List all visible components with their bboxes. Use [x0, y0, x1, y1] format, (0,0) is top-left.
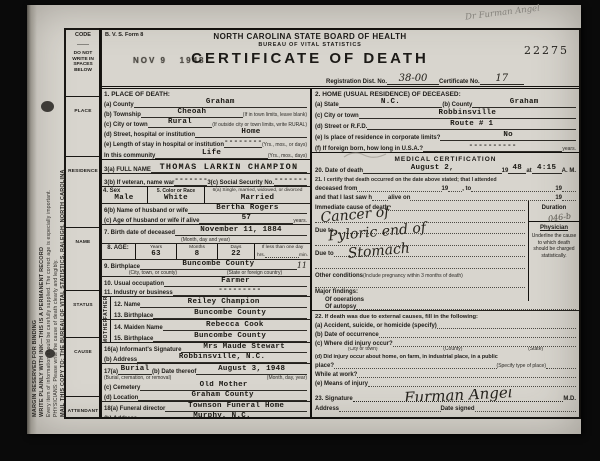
field-value: Buncombe County	[182, 260, 254, 268]
margin-line: MARGIN RESERVED FOR BINDING	[32, 29, 38, 417]
header-titles: NORTH CAROLINA STATE BOARD OF HEALTH BUR…	[101, 32, 519, 67]
residence-state-county-row: (a) State N.C. (b) County Graham	[312, 98, 579, 108]
margin-line: WRITE PLAINLY WITH INK—THIS IS A PERMANE…	[39, 29, 45, 417]
field-value: Buncombe County	[194, 332, 266, 340]
physician-signature-row: 23. Signature Furman Angel M.D.	[312, 387, 579, 402]
field-value: --------	[274, 176, 307, 184]
blank-line	[315, 279, 525, 288]
bureau-name: BUREAU OF VITAL STATISTICS	[101, 42, 519, 48]
field-value: 63	[151, 250, 161, 258]
field-value: Burial	[121, 365, 150, 373]
blank-line	[265, 257, 299, 258]
pencil-scratch	[342, 149, 388, 161]
sex-race-marital-row: 4. Sex Male 5. Color or Race White 6(a) …	[101, 187, 310, 204]
section-heading: 1. PLACE OF DEATH:	[104, 91, 170, 98]
code-box-label: ATTENDANT	[68, 409, 99, 414]
signature-address-row: Address Date signed	[312, 402, 579, 412]
code-box-status: STATUS	[66, 291, 100, 338]
field-value: Graham	[206, 98, 235, 106]
physician-note: Physician Underline the cause to which d…	[529, 222, 579, 262]
registration-district-value: 38-00	[387, 74, 439, 85]
while-at-work-row: While at work?	[312, 369, 579, 378]
field-value: Robbinsville, N.C.	[179, 353, 265, 361]
field-value: Mrs Maude Stewart	[203, 343, 285, 351]
code-box-name: NAME	[66, 228, 100, 291]
field-note: years.	[293, 218, 307, 224]
registration-district-label: Registration Dist. No.	[326, 79, 387, 85]
age-row: 8. AGE: Years 63 Months 8 Days 22	[101, 244, 310, 260]
code-box-label: PLACE	[74, 109, 91, 114]
field-label: (b) Address	[104, 357, 137, 363]
field-value: Cheoah	[177, 108, 206, 116]
code-box-cause: CAUSE	[66, 338, 100, 397]
informant-address-row: (b) Address Robbinsville, N.C.	[101, 353, 310, 364]
certify-line-3: and that I last saw h alive on 19	[312, 192, 579, 201]
field-value: 22	[231, 250, 241, 258]
handwritten-code: 11	[297, 261, 307, 270]
certificate-form: B. V. S. Form 8 NOV 9 1948 NORTH CAROLIN…	[99, 28, 581, 419]
immediate-cause-row: Immediate cause of death	[312, 201, 528, 211]
code-note: DO NOT WRITE IN SPACES BELOW	[66, 51, 100, 73]
field-label: (c) Age of husband or wife if alive	[104, 218, 199, 224]
cemetery-row: (c) Cemetery Old Mother	[101, 381, 310, 391]
field-value: Buncombe County	[194, 309, 266, 317]
side-label: FATHER	[103, 296, 109, 319]
field-note: (State or foreign country)	[227, 270, 282, 276]
side-label: MOTHER	[103, 318, 109, 343]
cause-lines: Immediate cause of death Due to Due to	[312, 201, 528, 301]
external-causes-heading: 22. If death was due to external causes,…	[312, 311, 579, 320]
margin-line: Every item of information should be care…	[46, 29, 52, 417]
external-a-row: (a) Accident, suicide, or homicide (spec…	[312, 320, 579, 329]
field-label: 11. Industry or business	[104, 290, 173, 296]
external-d-row-2: place? (Specify type of place)	[312, 360, 579, 369]
field-label: 3(c) Social Security No.	[207, 180, 274, 186]
decedent-name: THOMAS LARKIN CHAMPION	[160, 162, 299, 172]
death-certificate-document: MARGIN RESERVED FOR BINDING WRITE PLAINL…	[27, 5, 581, 434]
field-label: Address	[315, 406, 339, 412]
age-label-cell: 8. AGE:	[101, 244, 136, 259]
spouse-row: 6(b) Name of husband or wife Bertha Roge…	[101, 204, 310, 214]
blank-line	[475, 411, 576, 412]
certify-line-1: 21. I certify that death occurred on the…	[312, 174, 579, 183]
serial-number: 22275	[524, 44, 569, 57]
field-value: Old Mother	[200, 381, 248, 389]
autopsy-row: Of autopsy	[312, 301, 579, 311]
age-days-cell: Days 22	[218, 244, 255, 259]
burial-row: 17(a) Burial (b) Date thereof August 3, …	[101, 364, 310, 375]
field-note: years.	[562, 146, 576, 152]
field-value: Male	[114, 194, 133, 202]
org-name: NORTH CAROLINA STATE BOARD OF HEALTH	[101, 32, 519, 41]
birthplace-note-row: (City, town, or county) (State or foreig…	[101, 270, 310, 277]
field-value: Graham County	[191, 391, 253, 399]
field-label: In this community	[104, 153, 155, 159]
field-note: min.	[299, 253, 308, 258]
field-note: (Yrs., mos., days)	[268, 153, 307, 159]
field-value: August 2,	[411, 164, 454, 172]
certificate-number-label: Certificate No.	[439, 79, 480, 85]
field-value: November 11, 1884	[200, 226, 282, 234]
code-header: CODE —— DO NOT WRITE IN SPACES BELOW	[66, 30, 100, 97]
residence-street-row: (d) Street or R.F.D. Route # 1	[312, 119, 579, 130]
field-value: 4:15	[537, 164, 556, 172]
blank-line	[339, 411, 440, 412]
column-header: If less than one day	[262, 245, 304, 250]
due-to-row-2: Due to	[312, 246, 528, 257]
blank-line	[315, 234, 525, 246]
field-value: 48	[513, 164, 523, 172]
field-note: (City, town, or county)	[129, 270, 177, 276]
form-header: B. V. S. Form 8 NOV 9 1948 NORTH CAROLIN…	[101, 30, 579, 89]
place-of-death-heading: 1. PLACE OF DEATH:	[101, 89, 310, 98]
father-name-row: 12. Name Reiley Champion	[111, 297, 310, 308]
code-column: CODE —— DO NOT WRITE IN SPACES BELOW PLA…	[64, 28, 102, 419]
mother-block: MOTHER 14. Maiden Name Rebecca Cook 15. …	[101, 320, 310, 343]
form-body: 1. PLACE OF DEATH: (a) County Graham (b)…	[101, 89, 579, 417]
residence-heading: 2. HOME (USUAL RESIDENCE) OF DECEASED:	[312, 89, 579, 98]
sex-cell: 4. Sex Male	[101, 187, 148, 203]
field-label: (b) Address	[104, 416, 137, 417]
age-years-cell: Years 63	[136, 244, 177, 259]
external-b-row: (b) Date of occurrence	[312, 329, 579, 338]
physician-instruction: Underline the cause to which death shoul…	[531, 233, 577, 259]
place-stay-row: (e) Length of stay in hospital or instit…	[101, 138, 310, 148]
right-column: 2. HOME (USUAL RESIDENCE) OF DECEASED: (…	[312, 89, 579, 417]
field-value: No	[503, 131, 513, 139]
blank-line	[315, 257, 525, 269]
burial-location-row: (d) Location Graham County	[101, 391, 310, 402]
place-street-row: (d) Street, hospital or institution Home	[101, 128, 310, 138]
age-less-cell: If less than one day hrs. min.	[255, 244, 310, 259]
pencil-annotation: Dr Furman Angel	[465, 3, 541, 22]
field-value: 8	[195, 250, 200, 258]
other-conditions-row: Other conditions (Include pregnancy with…	[312, 269, 528, 279]
field-label: 15. Birthplace	[114, 336, 153, 342]
occupation-row: 10. Usual occupation Farmer	[101, 277, 310, 287]
field-value: Rural	[168, 118, 192, 126]
field-value: Graham	[510, 98, 539, 106]
code-box-label: CAUSE	[74, 350, 92, 355]
blank-line	[315, 211, 525, 223]
field-value: Married	[241, 194, 275, 202]
code-box-attendant: ATTENDANT	[66, 397, 100, 417]
field-value: August 3, 1948	[218, 365, 285, 373]
mother-name-row: 14. Maiden Name Rebecca Cook	[111, 320, 310, 331]
field-value: Farmer	[221, 277, 250, 285]
funeral-director-row: 18(a) Funeral director Townson Funeral H…	[101, 402, 310, 412]
field-value: 57	[242, 214, 252, 222]
birth-date-row: 7. Birth date of deceased November 11, 1…	[101, 225, 310, 236]
mother-side-label: MOTHER	[101, 320, 111, 342]
certificate-number-value: 17	[480, 74, 524, 85]
field-value: Home	[241, 128, 260, 136]
margin-instructions: MARGIN RESERVED FOR BINDING WRITE PLAINL…	[32, 29, 64, 417]
field-label: Date signed	[441, 406, 475, 412]
field-value: Robbinsville	[439, 109, 497, 117]
field-note: hrs.	[257, 253, 265, 258]
means-of-injury-row: (e) Means of injury	[312, 378, 579, 387]
field-value: ---------	[174, 176, 207, 184]
column-header: Duration	[542, 205, 567, 211]
field-value: Townson Funeral Home	[188, 402, 284, 410]
industry-row: 11. Industry or business ---------	[101, 287, 310, 297]
field-value: Rebecca Cook	[206, 321, 264, 329]
field-label: 3(a) FULL NAME	[104, 167, 151, 173]
field-value: Life	[202, 149, 221, 157]
father-birthplace-row: 13. Birthplace Buncombe County	[111, 308, 310, 319]
mother-birthplace-row: 15. Birthplace Buncombe County	[111, 331, 310, 342]
code-dash: ——	[77, 42, 89, 48]
race-cell: 5. Color or Race White	[148, 187, 205, 203]
full-name-row: 3(a) FULL NAME THOMAS LARKIN CHAMPION	[101, 160, 310, 174]
field-value: N.C.	[381, 98, 400, 106]
cause-of-death-section: Immediate cause of death Due to Due to	[312, 201, 579, 301]
birthplace-row: 9. Birthplace Buncombe County 11	[101, 260, 310, 270]
blank-line	[356, 309, 576, 310]
field-value: Bertha Rogers	[216, 204, 278, 212]
place-township-row: (b) Township Cheoah (If in town limits, …	[101, 108, 310, 118]
page-title: CERTIFICATE OF DEATH	[101, 50, 519, 67]
physician-signature: Furman Angel	[403, 389, 512, 402]
residence-city-row: (c) City or town Robbinsville	[312, 108, 579, 119]
field-label: 13. Birthplace	[114, 313, 153, 319]
funeral-address-row: (b) Address Murphy, N.C.	[101, 412, 310, 417]
section-heading: 2. HOME (USUAL RESIDENCE) OF DECEASED:	[315, 91, 461, 98]
informant-signature-row: 16(a) Informant's Signature Mrs Maude St…	[101, 343, 310, 353]
field-value: White	[164, 194, 188, 202]
field-value: Route # 1	[450, 120, 493, 128]
residence-corporate-row: (e) Is place of residence in corporate l…	[312, 130, 579, 141]
physician-heading: Physician	[531, 225, 577, 231]
code-title: CODE	[75, 32, 91, 38]
code-box-label: RESIDENCE	[68, 169, 98, 174]
left-column: 1. PLACE OF DEATH: (a) County Graham (b)…	[101, 89, 312, 417]
place-county-row: (a) County Graham	[101, 98, 310, 108]
code-box-label: NAME	[76, 240, 91, 245]
field-note: (Month, day and year)	[181, 237, 230, 243]
field-label: Of autopsy	[325, 304, 356, 310]
registration-line: Registration Dist. No. 38-00 Certificate…	[326, 74, 575, 85]
code-box-residence: RESIDENCE	[66, 157, 100, 227]
external-d-row-1: (d) Did injury occur about home, on farm…	[312, 352, 579, 360]
father-block: FATHER 12. Name Reiley Champion 13. Birt…	[101, 297, 310, 320]
date-of-death-row: 20. Date of death August 2, 19 48 at 4:1…	[312, 163, 579, 174]
scanned-photo-background: MARGIN RESERVED FOR BINDING WRITE PLAINL…	[0, 0, 600, 461]
field-label: 6(a) Single, married, widowed, or divorc…	[213, 188, 303, 193]
field-value: Murphy, N.C.	[193, 412, 251, 417]
spouse-age-row: (c) Age of husband or wife if alive 57 y…	[101, 214, 310, 225]
field-value: Reiley Champion	[188, 298, 260, 306]
external-c-row: (c) Where did injury occur?	[312, 338, 579, 347]
due-to-row-1: Due to	[312, 223, 528, 234]
marital-cell: 6(a) Single, married, widowed, or divorc…	[205, 187, 310, 203]
age-months-cell: Months 8	[177, 244, 218, 259]
field-value: ---------	[218, 287, 261, 294]
field-label: (d) Location	[104, 395, 138, 401]
field-label: 8. AGE:	[107, 245, 128, 251]
code-box-label: STATUS	[73, 303, 93, 308]
field-label: 3(b) If veteran, name war	[104, 180, 174, 186]
veteran-ssn-row: 3(b) If veteran, name war --------- 3(c)…	[101, 174, 310, 187]
major-findings-row: Major findings:	[312, 288, 528, 295]
field-value: ----------	[469, 142, 517, 150]
margin-line: PHYSICIANS: Please write the cause of de…	[53, 29, 59, 417]
section-heading: MEDICAL CERTIFICATION	[394, 156, 496, 163]
birth-date-note-row: (Month, day and year)	[101, 236, 310, 244]
father-side-label: FATHER	[101, 297, 111, 319]
place-city-row: (c) City or town Rural (If outside city …	[101, 118, 310, 128]
field-value: ---------	[224, 138, 262, 146]
certify-line-2: deceased from 19 , to 19	[312, 183, 579, 192]
code-box-place: PLACE	[66, 97, 100, 158]
place-community-row: In this community Life (Yrs., mos., days…	[101, 148, 310, 160]
